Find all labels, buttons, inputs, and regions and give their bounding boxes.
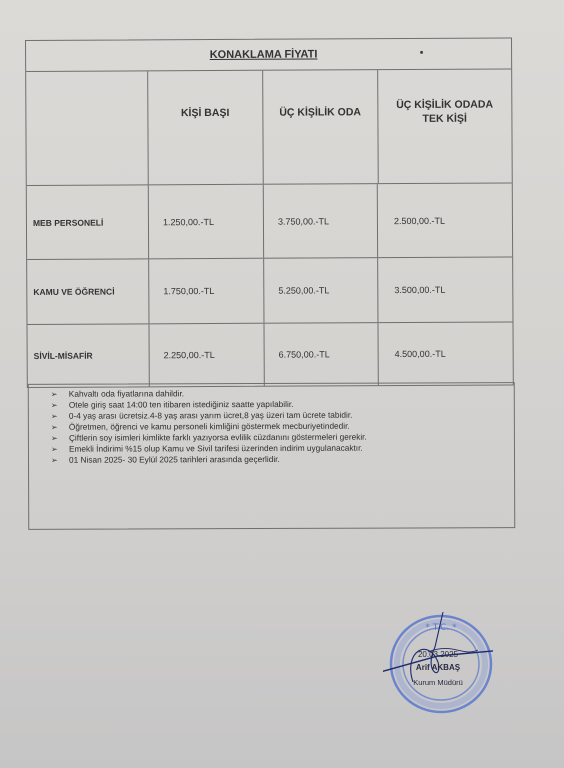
table-title-row: KONAKLAMA FİYATI	[26, 38, 511, 72]
arrowhead-bullet-icon: ➢	[51, 444, 69, 455]
arrowhead-bullet-icon: ➢	[51, 411, 69, 422]
header-label: KİŞİ BAŞI	[181, 105, 230, 119]
notes-list: ➢Kahvaltı oda fiyatlarına dahildir. ➢Ote…	[29, 383, 514, 466]
ink-dot	[420, 51, 423, 54]
svg-text:* T.C. *: * T.C. *	[425, 623, 457, 633]
signature-date: 20.03.2025	[383, 650, 493, 659]
header-single-in-triple: ÜÇ KİŞİLİK ODADA TEK KİŞİ	[378, 69, 512, 183]
arrowhead-bullet-icon: ➢	[51, 400, 69, 411]
header-label: ÜÇ KİŞİLİK ODADA TEK KİŞİ	[378, 97, 512, 126]
arrowhead-bullet-icon: ➢	[51, 422, 69, 433]
price-single-in-triple: 3.500,00.-TL	[378, 257, 512, 322]
table-row: MEB PERSONELİ 1.250,00.-TL 3.750,00.-TL …	[27, 183, 512, 260]
arrowhead-bullet-icon: ➢	[51, 455, 69, 466]
header-per-person: KİŞİ BAŞI	[148, 71, 264, 185]
header-triple-room: ÜÇ KİŞİLİK ODA	[263, 70, 378, 184]
price-table: KONAKLAMA FİYATI KİŞİ BAŞI ÜÇ KİŞİLİK OD…	[25, 37, 514, 388]
arrowhead-bullet-icon: ➢	[51, 433, 69, 444]
price-per-person: 1.250,00.-TL	[149, 185, 264, 259]
notes-box: ➢Kahvaltı oda fiyatlarına dahildir. ➢Ote…	[28, 382, 516, 530]
price-single-in-triple: 2.500,00.-TL	[378, 183, 512, 257]
table-row: SİVİL-MİSAFİR 2.250,00.-TL 6.750,00.-TL …	[27, 322, 512, 387]
price-triple-room: 3.750,00.-TL	[264, 184, 378, 258]
note-text: Otele giriş saat 14:00 ten itibaren iste…	[69, 399, 294, 411]
price-single-in-triple: 4.500,00.-TL	[378, 322, 512, 385]
note-text: Kahvaltı oda fiyatlarına dahildir.	[69, 388, 184, 399]
signatory-name: Arif AKBAŞ	[383, 663, 493, 672]
list-item: ➢01 Nisan 2025- 30 Eylül 2025 tarihleri …	[51, 453, 514, 466]
note-text: Emekli İndirimi %15 olup Kamu ve Sivil t…	[69, 443, 363, 455]
row-category: KAMU VE ÖĞRENCİ	[27, 259, 149, 324]
note-text: 01 Nisan 2025- 30 Eylül 2025 tarihleri a…	[69, 454, 280, 466]
table-row: KAMU VE ÖĞRENCİ 1.750,00.-TL 5.250,00.-T…	[27, 257, 512, 325]
price-per-person: 2.250,00.-TL	[149, 324, 264, 387]
table-header-row: KİŞİ BAŞI ÜÇ KİŞİLİK ODA ÜÇ KİŞİLİK ODAD…	[26, 69, 512, 186]
signatory-title: Kurum Müdürü	[383, 678, 493, 687]
table-title: KONAKLAMA FİYATI	[210, 48, 318, 61]
header-label: ÜÇ KİŞİLİK ODA	[279, 105, 361, 119]
official-stamp: * T.C. * 20.03.2025 Arif AKBAŞ Kurum Müd…	[383, 612, 493, 720]
document-page: KONAKLAMA FİYATI KİŞİ BAŞI ÜÇ KİŞİLİK OD…	[0, 0, 564, 768]
header-empty-cell	[26, 71, 148, 185]
price-per-person: 1.750,00.-TL	[149, 259, 264, 324]
row-category: MEB PERSONELİ	[27, 185, 149, 259]
arrowhead-bullet-icon: ➢	[51, 389, 69, 400]
price-triple-room: 5.250,00.-TL	[264, 258, 378, 323]
price-triple-room: 6.750,00.-TL	[264, 323, 378, 386]
row-category: SİVİL-MİSAFİR	[27, 324, 149, 387]
